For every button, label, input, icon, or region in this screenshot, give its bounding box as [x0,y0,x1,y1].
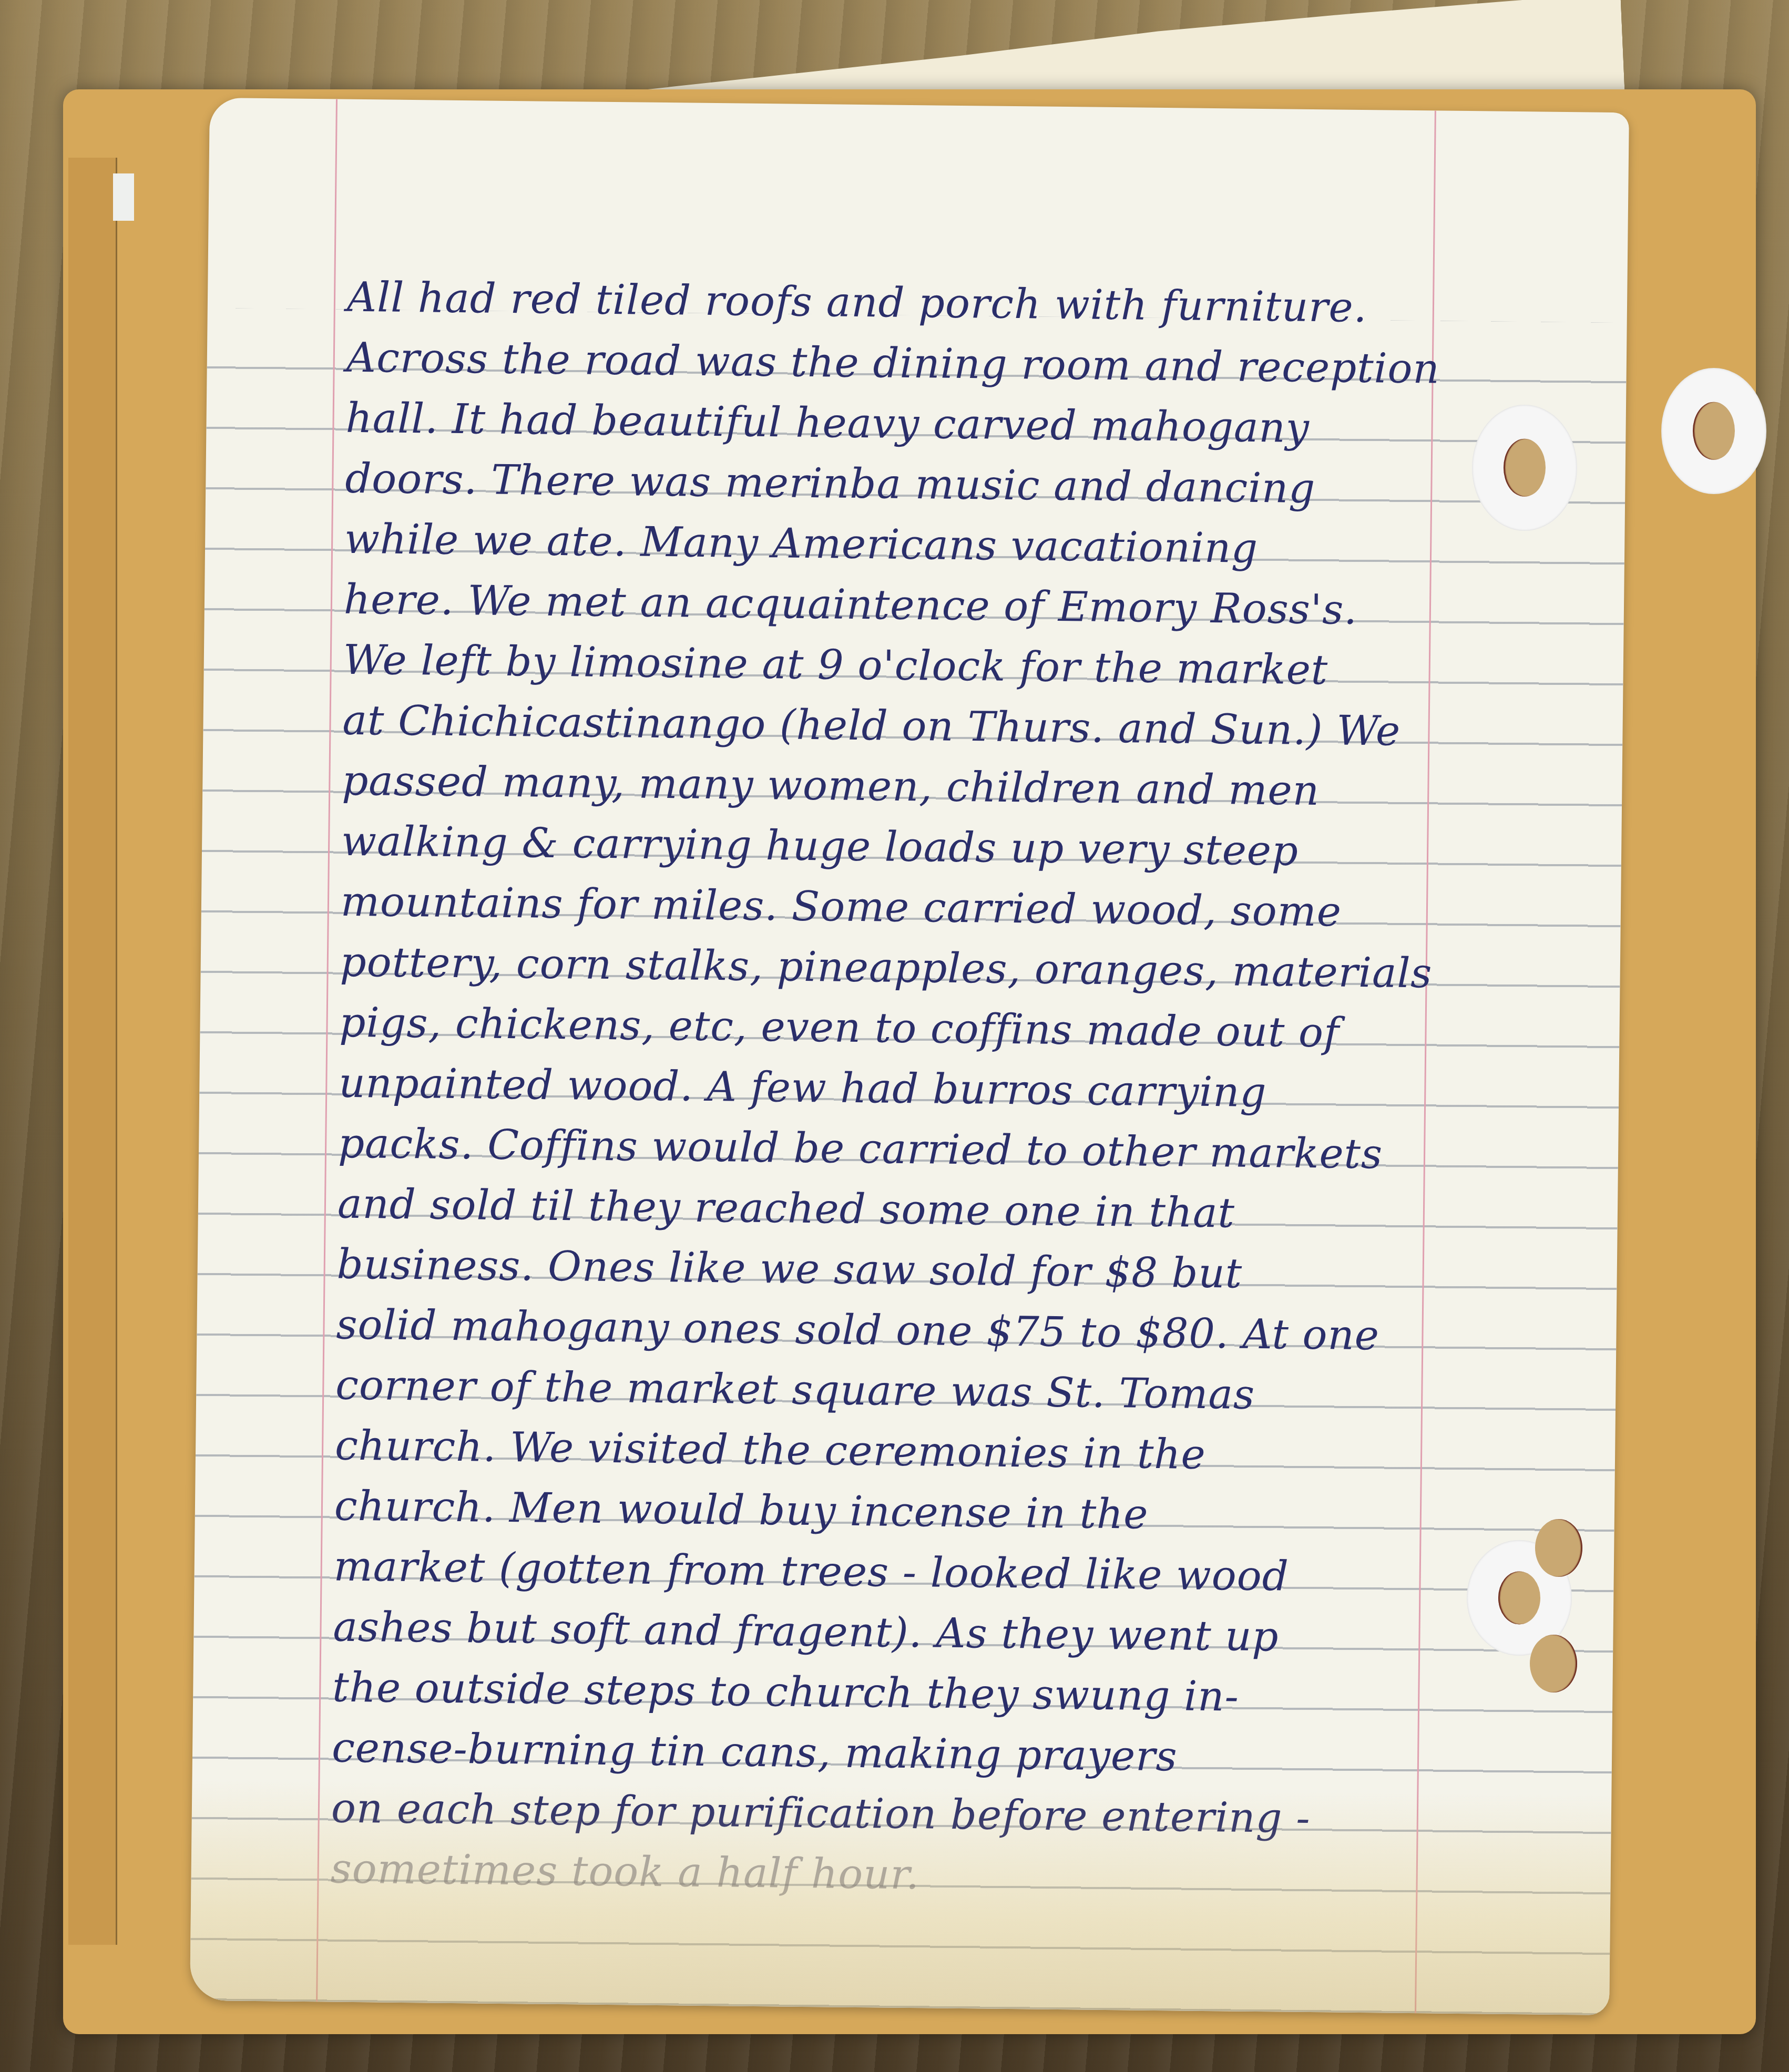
text-line: packs. Coffins would be carried to other… [338,1114,1469,1186]
text-line: We left by limosine at 9 o'clock for the… [343,630,1474,703]
text-line: All had red tiled roofs and porch with f… [346,268,1477,340]
text-line: corner of the market square was St. Toma… [335,1356,1466,1428]
text-line: and sold til they reached some one in th… [337,1174,1468,1247]
text-line: doors. There was merinba music and danci… [345,449,1476,521]
text-line: church. Men would buy incense in the [334,1476,1465,1549]
text-line: solid mahogany ones sold one $75 to $80.… [336,1295,1467,1368]
handwritten-text: All had red tiled roofs and porch with f… [330,268,1477,1911]
text-line: market (gotten from trees - looked like … [333,1537,1464,1609]
text-line: here. We met an acquaintence of Emory Ro… [343,570,1474,642]
text-line: cense-burning tin cans, making prayers [332,1718,1463,1791]
text-line: passed many, many women, children and me… [342,751,1473,824]
text-line: at Chichicastinango (held on Thurs. and … [342,691,1473,763]
text-line: church. We visited the ceremonies in the [335,1416,1466,1489]
text-line: on each step for purification before ent… [331,1779,1461,1851]
binder-hole-reinforcement [1472,405,1577,531]
folder-inner-page-strip [113,173,134,221]
text-line: while we ate. Many Americans vacationing [344,509,1475,582]
text-line: walking & carrying huge loads up very st… [341,812,1472,884]
text-line: unpainted wood. A few had burros carryin… [339,1053,1469,1126]
text-line: ashes but soft and fragent). As they wen… [333,1597,1464,1670]
folder-edge [68,158,117,1945]
text-line-faded: sometimes took a half hour. [330,1839,1461,1912]
binder-hole [1530,1635,1577,1693]
text-line: Across the road was the dining room and … [346,328,1477,401]
text-line: hall. It had beautiful heavy carved maho… [345,388,1476,461]
text-line: pottery, corn stalks, pineapples, orange… [340,932,1470,1005]
binder-hole-reinforcement [1661,368,1766,494]
notebook-page: All had red tiled roofs and porch with f… [190,98,1629,2015]
text-line: the outside steps to church they swung i… [332,1658,1463,1730]
text-line: mountains for miles. Some carried wood, … [340,872,1471,945]
text-line: business. Ones like we saw sold for $8 b… [336,1235,1467,1307]
binder-hole [1535,1519,1582,1577]
text-line: pigs, chickens, etc, even to coffins mad… [339,993,1470,1065]
